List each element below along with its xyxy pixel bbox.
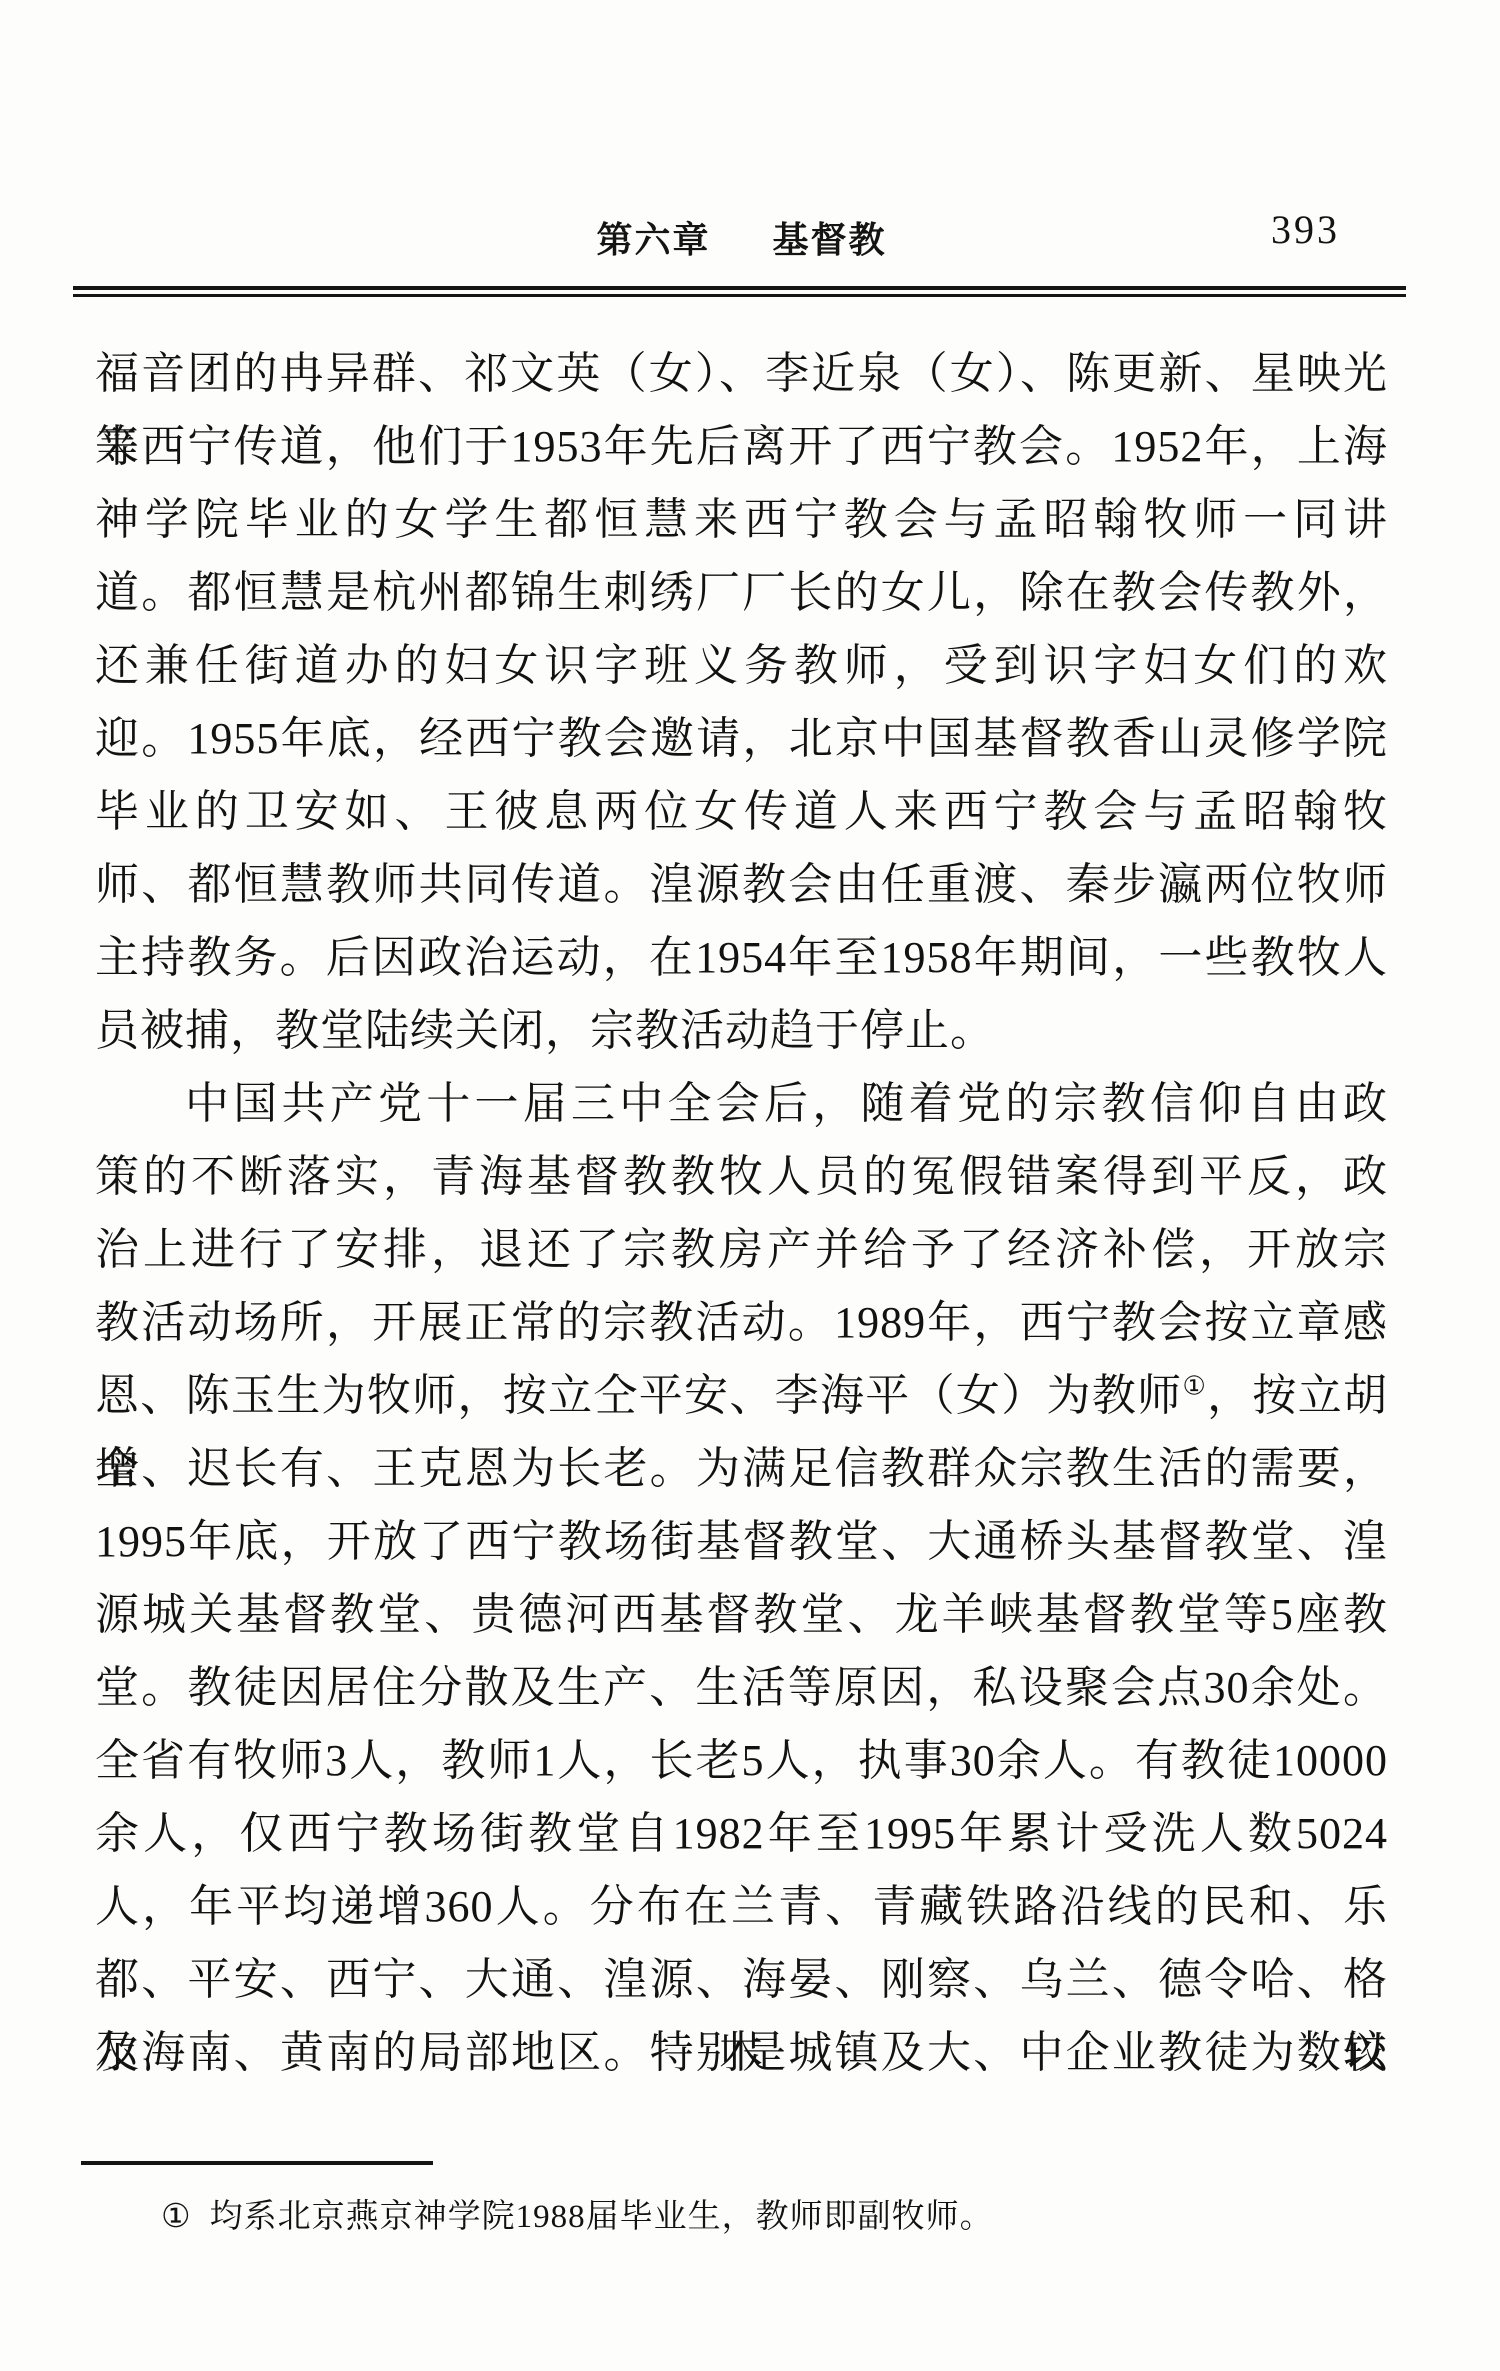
body-line: 神学院毕业的女学生都恒慧来西宁教会与孟昭翰牧师一同讲	[95, 483, 1388, 556]
body-line: 及海南、黄南的局部地区。特别是城镇及大、中企业教徒为数较	[95, 2016, 1388, 2089]
book-page: 第六章基督教 393 福音团的冉异群、祁文英（女）、李近泉（女）、陈更新、星映光…	[0, 0, 1500, 2371]
body-line: 治上进行了安排，退还了宗教房产并给予了经济补偿，开放宗	[95, 1213, 1388, 1286]
body-line: 1995年底，开放了西宁教场街基督教堂、大通桥头基督教堂、湟	[95, 1505, 1388, 1578]
body-line: 道。都恒慧是杭州都锦生刺绣厂厂长的女儿，除在教会传教外，	[95, 556, 1388, 629]
body-line: 全省有牧师3人，教师1人，长老5人，执事30余人。有教徒10000	[95, 1724, 1388, 1797]
body-line: 还兼任街道办的妇女识字班义务教师，受到识字妇女们的欢	[95, 629, 1388, 702]
running-head: 第六章基督教 393	[95, 212, 1388, 264]
body-line: 策的不断落实，青海基督教教牧人员的冤假错案得到平反，政	[95, 1140, 1388, 1213]
page-content: 第六章基督教 393 福音团的冉异群、祁文英（女）、李近泉（女）、陈更新、星映光…	[0, 212, 1500, 2241]
body-line: 来西宁传道，他们于1953年先后离开了西宁教会。1952年，上海	[95, 410, 1388, 483]
body-line: 恩、陈玉生为牧师，按立仝平安、李海平（女）为教师①，按立胡全	[95, 1359, 1388, 1432]
chapter-number: 第六章	[596, 220, 710, 260]
body-line: 增、迟长有、王克恩为长老。为满足信教群众宗教生活的需要，	[95, 1432, 1388, 1505]
footnote: ①均系北京燕京神学院1988届毕业生，教师即副牧师。	[95, 2193, 1388, 2241]
chapter-title: 基督教	[773, 220, 887, 260]
body-line: 源城关基督教堂、贵德河西基督教堂、龙羊峡基督教堂等5座教	[95, 1578, 1388, 1651]
body-text: 福音团的冉异群、祁文英（女）、李近泉（女）、陈更新、星映光等来西宁传道，他们于1…	[95, 337, 1388, 2089]
body-line: 迎。1955年底，经西宁教会邀请，北京中国基督教香山灵修学院	[95, 702, 1388, 775]
chapter-heading: 第六章基督教	[95, 212, 1388, 263]
body-line: 都、平安、西宁、大通、湟源、海晏、刚察、乌兰、德令哈、格尔木以	[95, 1943, 1388, 2016]
body-line: 员被捕，教堂陆续关闭，宗教活动趋于停止。	[95, 994, 1388, 1067]
footnote-marker: ①	[161, 2199, 192, 2235]
footnote-reference: ①	[1182, 1371, 1207, 1400]
body-line: 福音团的冉异群、祁文英（女）、李近泉（女）、陈更新、星映光等	[95, 337, 1388, 410]
body-line: 余人，仅西宁教场街教堂自1982年至1995年累计受洗人数5024	[95, 1797, 1388, 1870]
page-number: 393	[1271, 206, 1340, 253]
footnote-text: 均系北京燕京神学院1988届毕业生，教师即副牧师。	[210, 2199, 994, 2235]
body-line: 教活动场所，开展正常的宗教活动。1989年，西宁教会按立章感	[95, 1286, 1388, 1359]
body-line: 主持教务。后因政治运动，在1954年至1958年期间，一些教牧人	[95, 921, 1388, 994]
body-line: 毕业的卫安如、王彼息两位女传道人来西宁教会与孟昭翰牧	[95, 775, 1388, 848]
body-line: 中国共产党十一届三中全会后，随着党的宗教信仰自由政	[95, 1067, 1388, 1140]
footnote-rule	[81, 2161, 433, 2165]
header-double-rule	[73, 286, 1406, 297]
body-line: 人，年平均递增360人。分布在兰青、青藏铁路沿线的民和、乐	[95, 1870, 1388, 1943]
body-line: 师、都恒慧教师共同传道。湟源教会由任重渡、秦步瀛两位牧师	[95, 848, 1388, 921]
body-line: 堂。教徒因居住分散及生产、生活等原因，私设聚会点30余处。	[95, 1651, 1388, 1724]
